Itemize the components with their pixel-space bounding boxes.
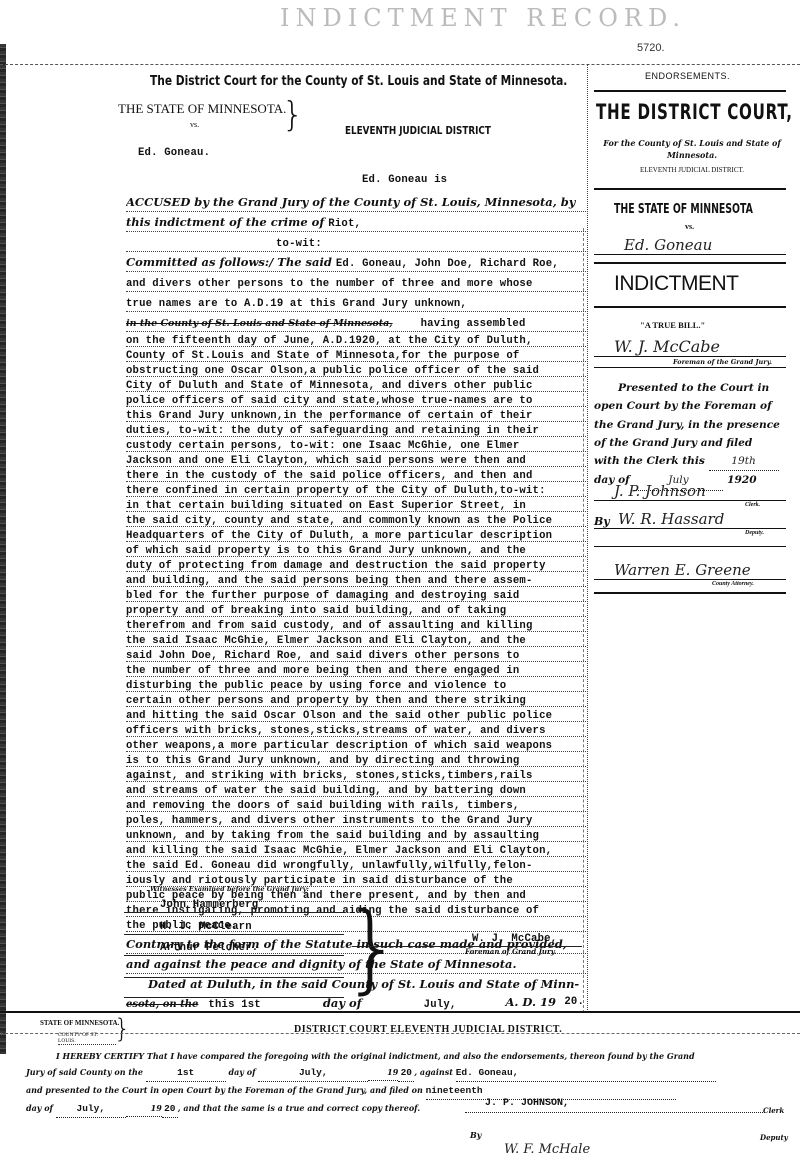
indictment-line: property and of breaking into said build… (126, 602, 586, 617)
certificate-clerk-label: Clerk (763, 1106, 784, 1115)
certificate-by-label: By (470, 1130, 481, 1140)
witnesses-label: Witnesses Examined before the Grand Jury… (150, 885, 309, 893)
indictment-line: is to this Grand Jury unknown, and by di… (126, 752, 586, 767)
indictment-line: custody certain persons, to-wit: one Isa… (126, 437, 586, 452)
endorsement-rule (594, 592, 786, 594)
certificate-clerk-name: J. P. JOHNSON, (485, 1098, 569, 1109)
indictment-body: ACCUSED by the Grand Jury of the County … (126, 192, 586, 932)
indictment-line: in the County of St. Louis and State of … (126, 312, 586, 332)
endorsement-rule (594, 90, 786, 92)
caption-defendant: Ed. Goneau. (138, 147, 210, 159)
certificate-brace: } (114, 1016, 131, 1042)
certificate-year: 20 (398, 1065, 414, 1082)
document-number: 5720. (637, 42, 665, 54)
deputy-label: Deputy. (745, 530, 764, 536)
indictment-line: therefrom and from said custody, and of … (126, 617, 586, 632)
indictment-line: other weapons,a more particular descript… (126, 737, 586, 752)
indictment-line: this Grand Jury unknown,in the performan… (126, 407, 586, 422)
indictment-line: the said city, county and state, and com… (126, 512, 586, 527)
indictment-line: ACCUSED by the Grand Jury of the County … (126, 192, 586, 212)
indictment-line: to-wit: (126, 232, 586, 252)
foreman-signature-line: W. J. McCabe, (352, 932, 582, 947)
certificate-deputy-label: Deputy (760, 1133, 788, 1142)
indictment-line: and killing the said Isaac McGhie, Elmer… (126, 842, 586, 857)
true-bill-label: "A TRUE BILL." (640, 320, 705, 330)
indictment-line: bled for the further purpose of damaging… (126, 587, 586, 602)
attorney-signature: Warren E. Greene (614, 561, 751, 579)
endorsement-county: For the County of St. Louis and State of… (592, 137, 792, 161)
indictment-line: duty of protecting from damage and destr… (126, 557, 586, 572)
deputy-signature-line: By W. R. Hassard (594, 508, 786, 529)
endorsement-rule (594, 546, 786, 547)
endorsement-state: THE STATE OF MINNESOTA (614, 202, 753, 217)
indictment-line: this indictment of the crime ofRiot, (126, 212, 586, 232)
indictment-line: City of Duluth and State of Minnesota, a… (126, 377, 586, 392)
caption-brace: } (282, 100, 304, 130)
foreman-signature: W. J. McCabe (614, 337, 720, 356)
certificate-state: STATE OF MINNESOTA. (40, 1019, 119, 1027)
certificate-text: I HEREBY CERTIFY That I have compared th… (26, 1048, 796, 1118)
indictment-line: officers with bricks, stones,sticks,stre… (126, 722, 586, 737)
accused-name: Ed. Goneau is (362, 174, 447, 186)
witness-line: Arthur Pelcher. (124, 939, 344, 956)
indictment-line: and divers other persons to the number o… (126, 272, 586, 292)
clerk-signature: J. P. Johnson (614, 482, 706, 500)
scan-edge-shadow (0, 44, 6, 1054)
certificate-filed-year: 20 (162, 1101, 178, 1118)
certificate-month: July, (258, 1065, 368, 1082)
indictment-line: the said Isaac McGhie, Elmer Jackson and… (126, 632, 586, 647)
caption-plaintiff: THE STATE OF MINNESOTA. (118, 101, 286, 117)
indictment-line: Jackson and one Eli Clayton, which said … (126, 452, 586, 467)
endorsement-rule (594, 306, 786, 308)
endorsement-foreman-line: W. J. McCabe (594, 332, 786, 357)
endorsement-court-title: THE DISTRICT COURT, (596, 100, 793, 124)
certificate-rule (0, 1033, 800, 1034)
certificate-filed-month: July, (56, 1101, 126, 1118)
witness-brace: } (342, 900, 403, 996)
indictment-line: and hitting the said Oscar Olson and the… (126, 707, 586, 722)
indictment-line: and streams of water the said building, … (126, 782, 586, 797)
indictment-line: the said Ed. Goneau did wrongfully, unla… (126, 857, 586, 872)
endorsements-label: ENDORSEMENTS. (645, 71, 730, 81)
indictment-line: certain other persons and property by th… (126, 692, 586, 707)
witness-line (124, 981, 344, 998)
indictment-line: obstructing one Oscar Olson,a public pol… (126, 362, 586, 377)
witness-line: John Hammerberg (124, 896, 344, 913)
filed-day: 19th (709, 452, 779, 471)
top-rule (0, 64, 800, 65)
indictment-line: there in the custody of the said police … (126, 467, 586, 482)
endorsement-rule (594, 188, 786, 190)
indictment-line: unknown, and by taking from the said bui… (126, 827, 586, 842)
foreman-signature-label: Foreman of the Grand Jury. (673, 358, 772, 366)
endorsement-district: ELEVENTH JUDICIAL DISTRICT. (592, 166, 792, 174)
indictment-line: County of St.Louis and State of Minnesot… (126, 347, 586, 362)
indictment-line: the number of three and more being then … (126, 662, 586, 677)
indictment-line: in that certain building situated on Eas… (126, 497, 586, 512)
indictment-line: poles, hammers, and divers other instrum… (126, 812, 586, 827)
indictment-line: on the fifteenth day of June, A.D.1920, … (126, 332, 586, 347)
record-title: INDICTMENT RECORD. (280, 4, 686, 32)
presented-statement: Presented to the Court in open Court by … (594, 379, 790, 491)
certificate-day: 1st (146, 1065, 226, 1082)
indictment-line: Headquarters of the City of Duluth, a mo… (126, 527, 586, 542)
clerk-signature-line: J. P. Johnson (594, 480, 786, 501)
indictment-line: Committed as follows:/ The saidEd. Gonea… (126, 252, 586, 272)
indictment-line: against, and striking with bricks, stone… (126, 767, 586, 782)
attorney-signature-line: Warren E. Greene (594, 559, 786, 580)
bottom-rule (0, 1011, 800, 1013)
caption-district: ELEVENTH JUDICIAL DISTRICT (345, 124, 491, 137)
certificate-defendant: Ed. Goneau, (456, 1065, 716, 1082)
certificate-deputy-line: W. F. McHale (484, 1140, 764, 1157)
foreman-name: W. J. McCabe, (472, 933, 557, 945)
column-divider (587, 64, 588, 1012)
witness-line: H. J. McClearn (124, 918, 344, 935)
indictment-line: and building, and the said persons being… (126, 572, 586, 587)
endorsement-defendant-line: Ed. Goneau (594, 236, 786, 255)
certificate-clerk-line (465, 1112, 765, 1113)
indictment-line: duties, to-wit: the duty of safeguarding… (126, 422, 586, 437)
indictment-line: there confined in certain property of th… (126, 482, 586, 497)
indictment-line: true names are to A.D.19 at this Grand J… (126, 292, 586, 312)
filed-date-line: with the Clerk this 19th (594, 452, 790, 471)
certificate-deputy-signature: W. F. McHale (504, 1142, 590, 1157)
document-type-title: INDICTMENT (614, 272, 739, 296)
endorsement-versus: vs. (685, 222, 694, 231)
attorney-label: County Attorney. (712, 581, 754, 587)
witness-line (124, 961, 344, 978)
indictment-line: police officers of said city and state,w… (126, 392, 586, 407)
indictment-line: said John Doe, Richard Roe, and said div… (126, 647, 586, 662)
deputy-by-label: By (594, 515, 610, 528)
defendant-signature: Ed. Goneau (624, 236, 712, 254)
endorsement-rule (594, 262, 786, 264)
indictment-line: and removing the doors of said building … (126, 797, 586, 812)
indictment-line: disturbing the public peace by using for… (126, 677, 586, 692)
caption-versus: vs. (190, 120, 199, 129)
court-heading: The District Court for the County of St.… (150, 74, 567, 89)
deputy-signature: W. R. Hassard (618, 510, 724, 528)
endorsement-rule (594, 367, 786, 368)
indictment-line: of which said property is to this Grand … (126, 542, 586, 557)
foreman-label: Foreman of Grand Jury. (465, 947, 556, 956)
